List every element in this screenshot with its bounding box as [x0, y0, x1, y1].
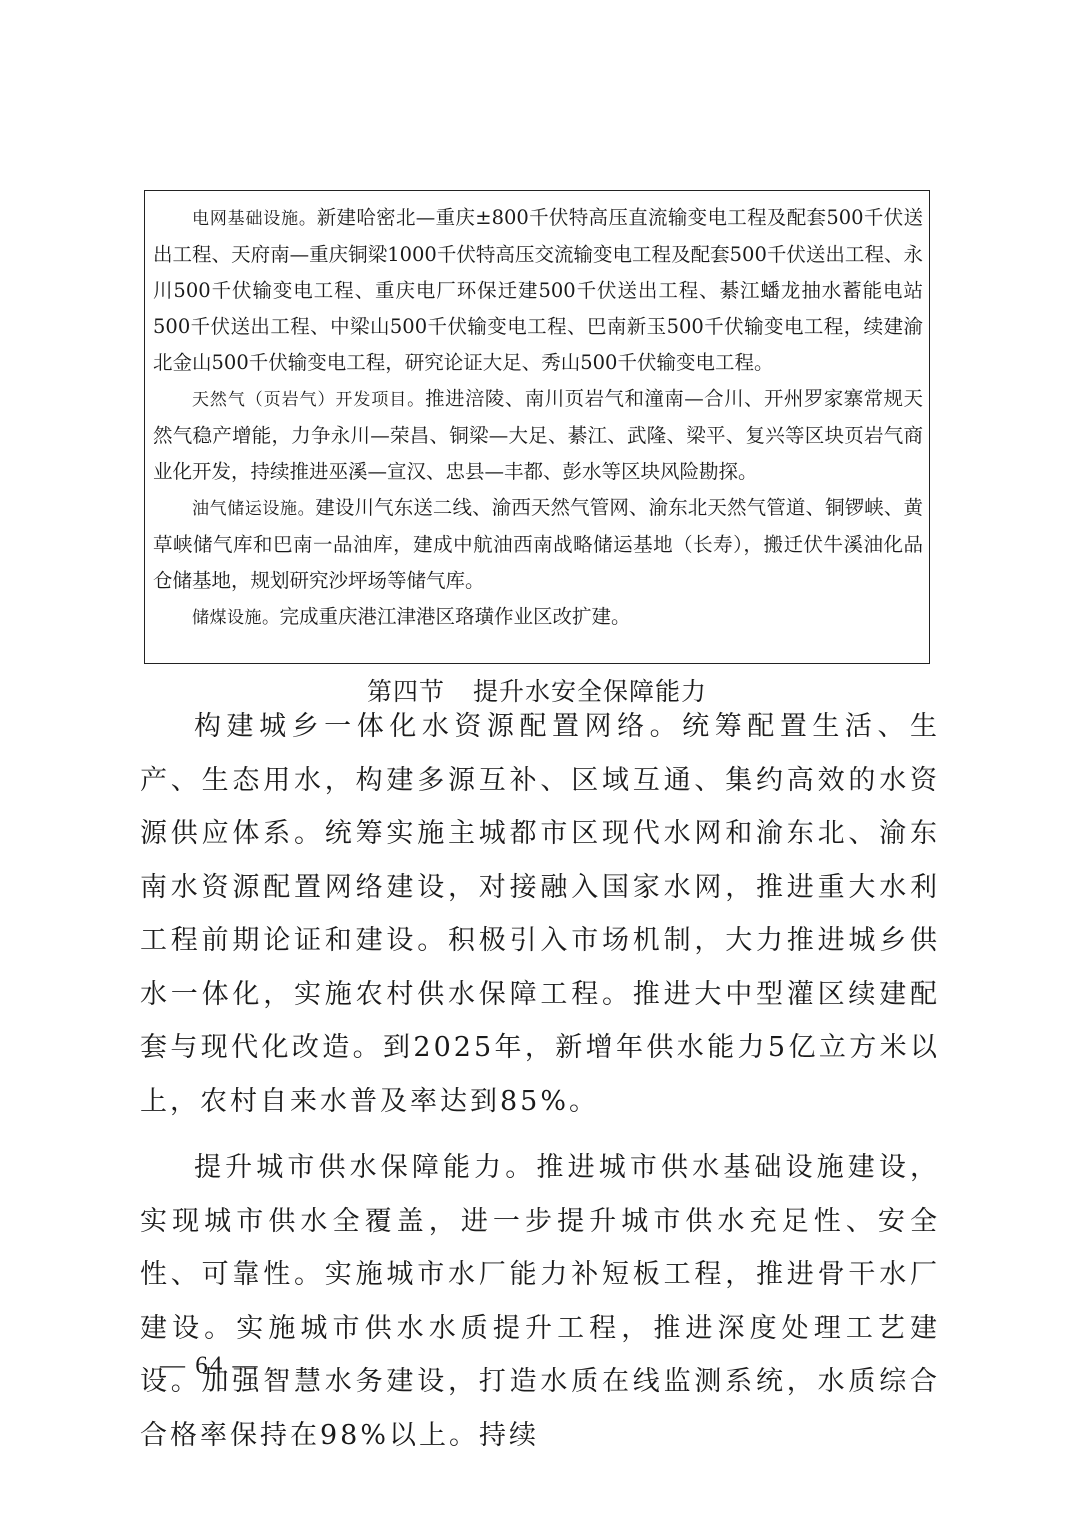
document-page: 电网基础设施。新建哈密北—重庆±800千伏特高压直流输变电工程及配套500千伏送… [0, 0, 1074, 1520]
box-item-coal-storage: 储煤设施。完成重庆港江津港区珞璜作业区改扩建。 [153, 599, 923, 636]
box-item-lead: 油气储运设施。 [192, 499, 315, 519]
box-item-natural-gas: 天然气（页岩气）开发项目。推进涪陵、南川页岩气和潼南—合川、开州罗家寨常规天然气… [153, 381, 923, 490]
box-item-text: 新建哈密北—重庆±800千伏特高压直流输变电工程及配套500千伏送出工程、天府南… [153, 206, 923, 374]
box-item-power-grid: 电网基础设施。新建哈密北—重庆±800千伏特高压直流输变电工程及配套500千伏送… [153, 200, 923, 381]
box-item-lead: 电网基础设施。 [192, 209, 317, 229]
box-item-lead: 储煤设施。 [192, 608, 280, 628]
infrastructure-projects-box: 电网基础设施。新建哈密北—重庆±800千伏特高压直流输变电工程及配套500千伏送… [144, 190, 930, 664]
page-number: — 64 — [160, 1352, 260, 1380]
box-item-lead: 天然气（页岩气）开发项目。 [192, 390, 425, 410]
paragraph-water-network: 构建城乡一体化水资源配置网络。统筹配置生活、生产、生态用水，构建多源互补、区域互… [140, 700, 940, 1128]
body-text: 构建城乡一体化水资源配置网络。统筹配置生活、生产、生态用水，构建多源互补、区域互… [140, 700, 940, 1462]
paragraph-urban-water-supply: 提升城市供水保障能力。推进城市供水基础设施建设，实现城市供水全覆盖，进一步提升城… [140, 1141, 940, 1462]
box-item-text: 完成重庆港江津港区珞璜作业区改扩建。 [280, 605, 631, 628]
box-item-oil-gas-storage: 油气储运设施。建设川气东送二线、渝西天然气管网、渝东北天然气管道、铜锣峡、黄草峡… [153, 490, 923, 599]
